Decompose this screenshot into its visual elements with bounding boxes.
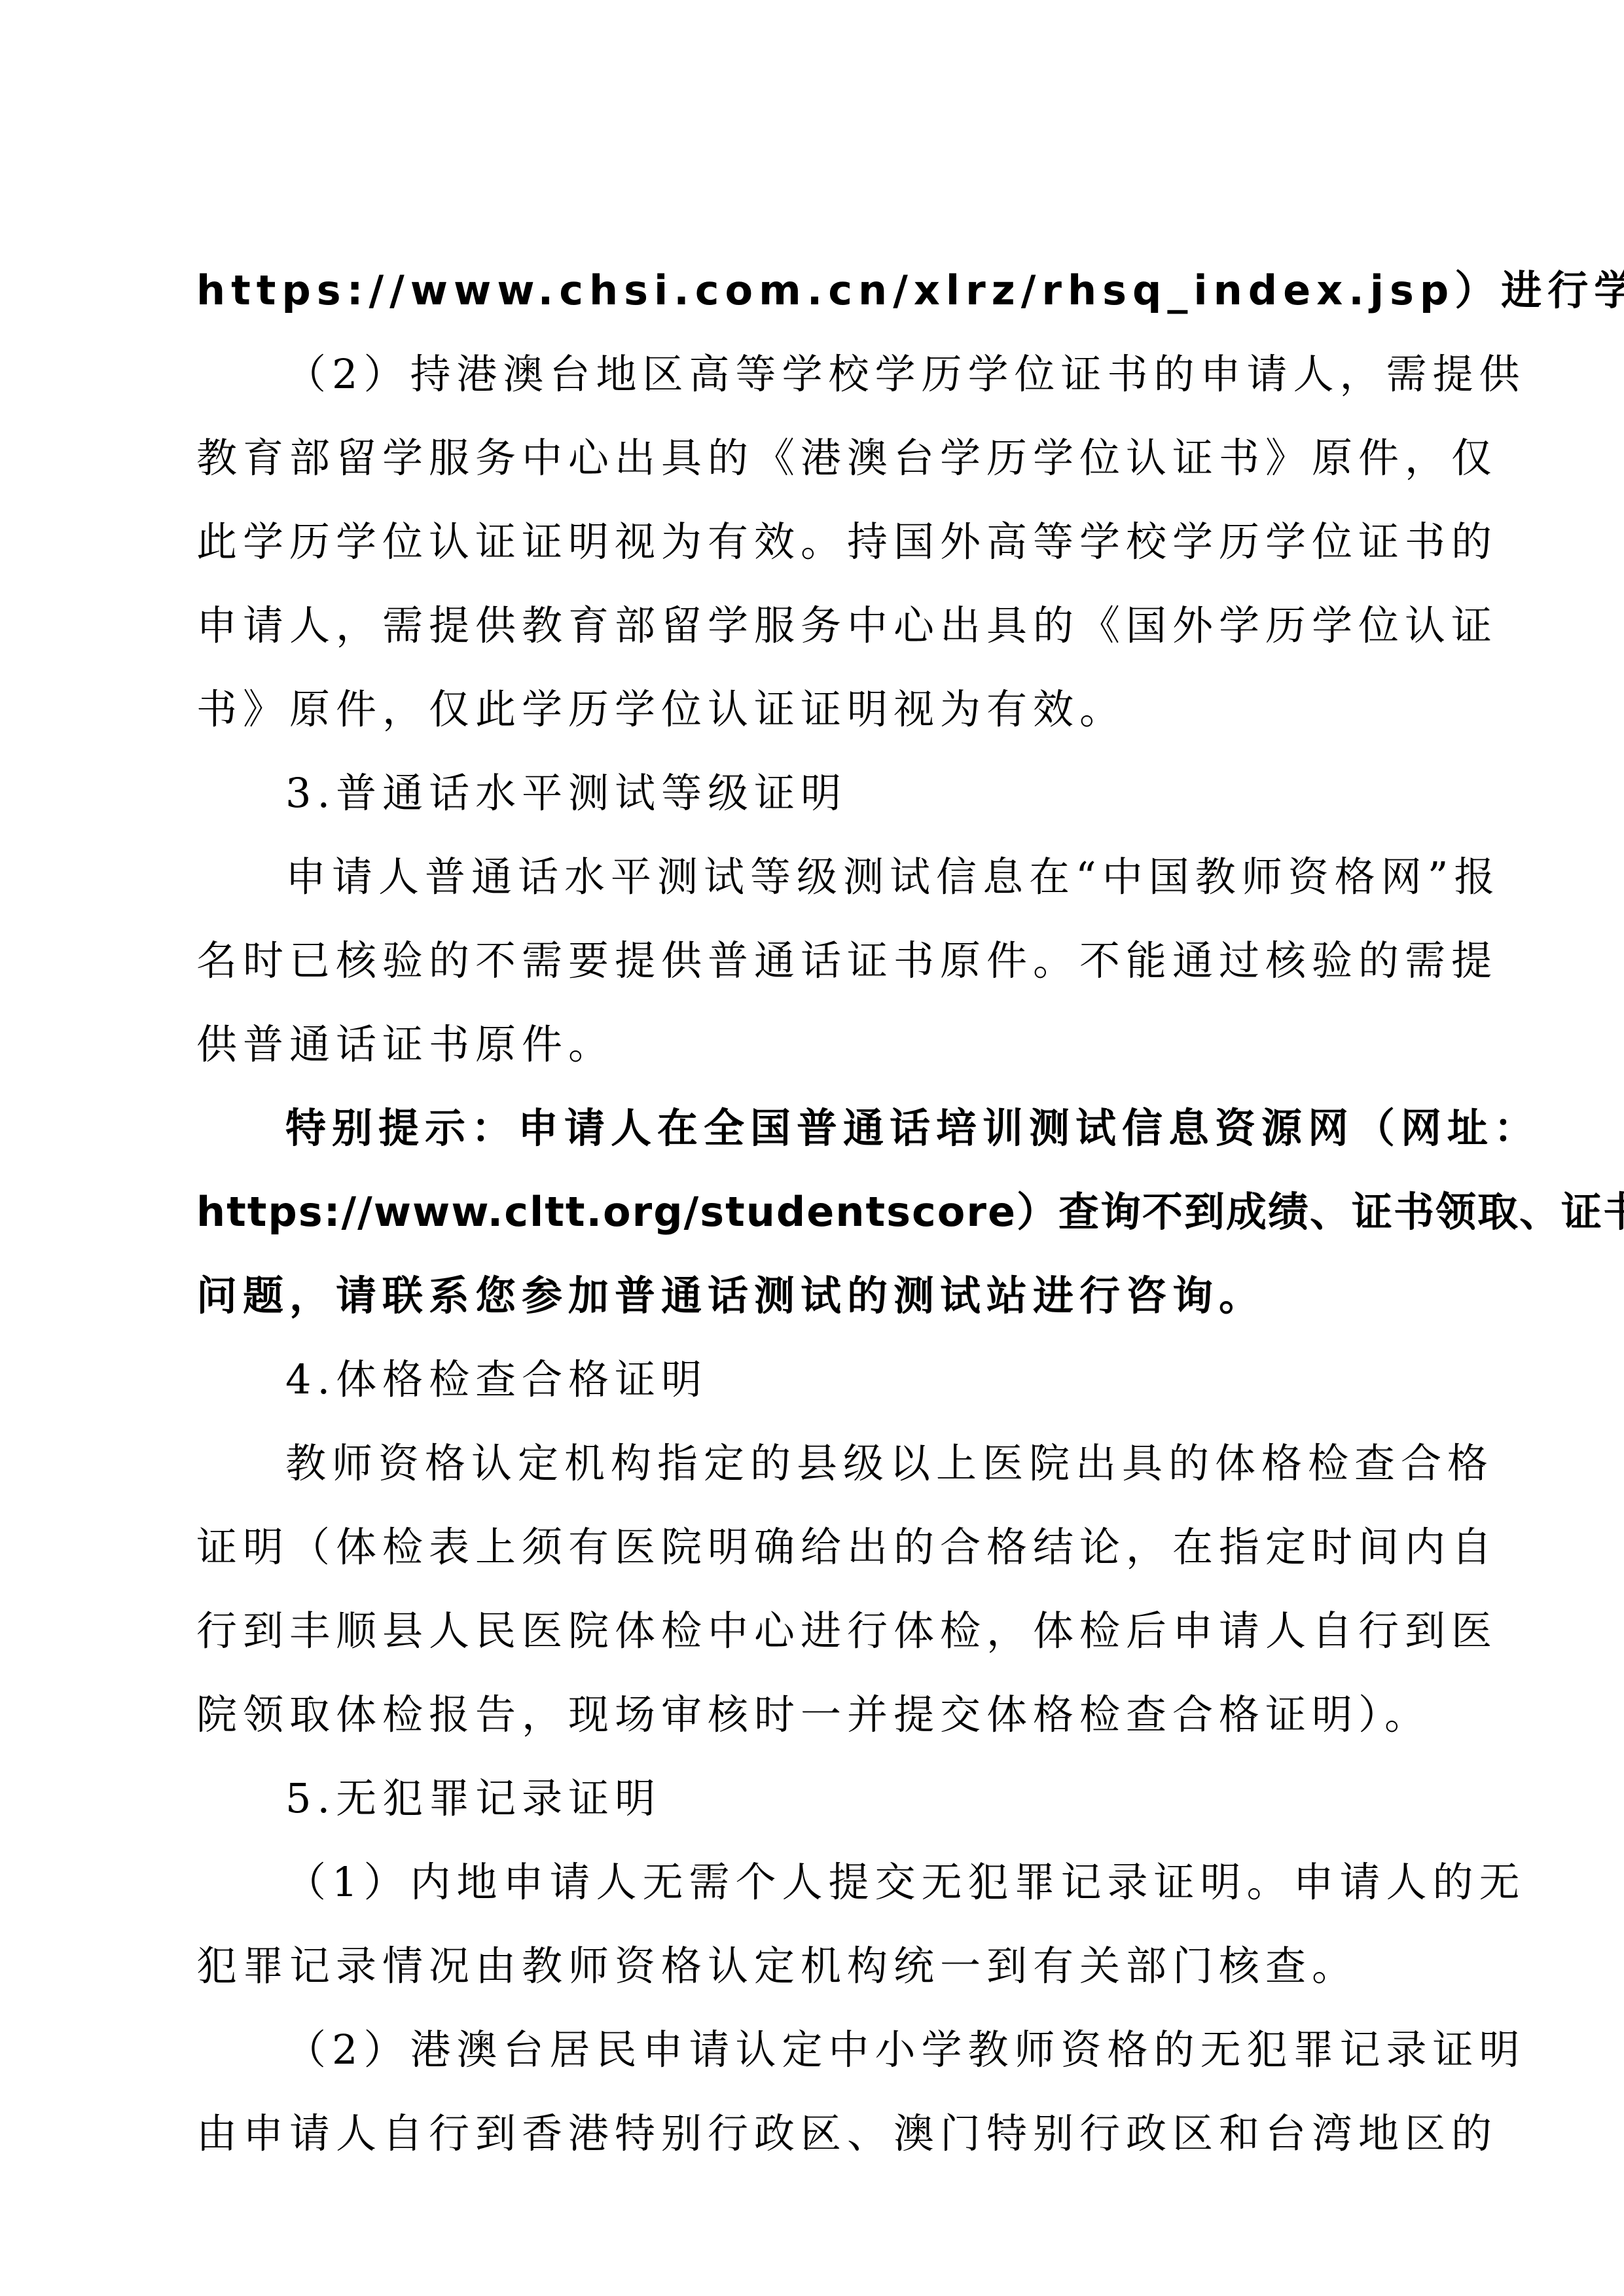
page-body: https://www.chsi.com.cn/xlrz/rhsq_index.… bbox=[196, 249, 1434, 2176]
section-heading: 3.普通话水平测试等级证明 bbox=[196, 751, 1434, 835]
text-line: 证明（体检表上须有医院明确给出的合格结论，在指定时间内自 bbox=[196, 1505, 1434, 1589]
text-line: 供普通话证书原件。 bbox=[196, 1003, 1434, 1086]
special-notice-line: https://www.cltt.org/studentscore）查询不到成绩… bbox=[196, 1170, 1434, 1254]
text-line: 院领取体检报告，现场审核时一并提交体格检查合格证明）。 bbox=[196, 1673, 1434, 1757]
text-line: 行到丰顺县人民医院体检中心进行体检，体检后申请人自行到医 bbox=[196, 1589, 1434, 1673]
text-line: （2）港澳台居民申请认定中小学教师资格的无犯罪记录证明 bbox=[196, 2008, 1434, 2092]
page-number: 7 bbox=[0, 2124, 1624, 2151]
text-line: 此学历学位认证证明视为有效。持国外高等学校学历学位证书的 bbox=[196, 500, 1434, 584]
text-line: （2）持港澳台地区高等学校学历学位证书的申请人，需提供 bbox=[196, 332, 1434, 416]
text-line: https://www.chsi.com.cn/xlrz/rhsq_index.… bbox=[196, 249, 1434, 332]
document-page: https://www.chsi.com.cn/xlrz/rhsq_index.… bbox=[0, 0, 1624, 2296]
text-line: 书》原件，仅此学历学位认证证明视为有效。 bbox=[196, 668, 1434, 751]
text-line: 申请人普通话水平测试等级测试信息在“中国教师资格网”报 bbox=[196, 835, 1434, 919]
special-notice-line: 特别提示：申请人在全国普通话培训测试信息资源网（网址： bbox=[196, 1086, 1434, 1170]
special-notice-line: 问题，请联系您参加普通话测试的测试站进行咨询。 bbox=[196, 1254, 1434, 1338]
text-line: 教育部留学服务中心出具的《港澳台学历学位认证书》原件，仅 bbox=[196, 416, 1434, 500]
text-line: 教师资格认定机构指定的县级以上医院出具的体格检查合格 bbox=[196, 1422, 1434, 1505]
section-heading: 5.无犯罪记录证明 bbox=[196, 1757, 1434, 1840]
section-heading: 4.体格检查合格证明 bbox=[196, 1338, 1434, 1422]
text-line: 申请人，需提供教育部留学服务中心出具的《国外学历学位认证 bbox=[196, 584, 1434, 668]
text-line: （1）内地申请人无需个人提交无犯罪记录证明。申请人的无 bbox=[196, 1840, 1434, 1924]
text-line: 犯罪记录情况由教师资格认定机构统一到有关部门核查。 bbox=[196, 1924, 1434, 2008]
text-line: 名时已核验的不需要提供普通话证书原件。不能通过核验的需提 bbox=[196, 919, 1434, 1003]
